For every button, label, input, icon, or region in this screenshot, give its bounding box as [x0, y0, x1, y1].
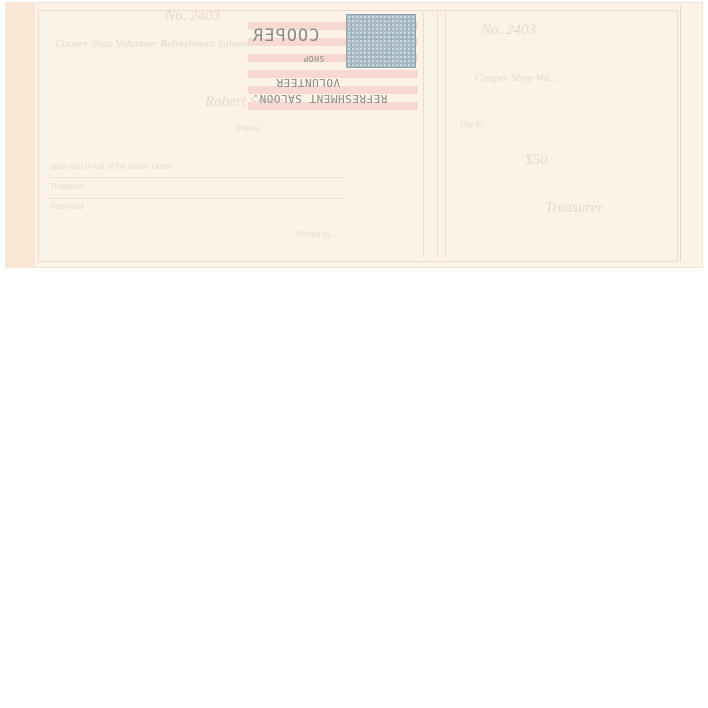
payee-left: Cooper Shop Volunteer Refreshment Saloon [55, 38, 248, 50]
fine-print-2: Treasurer [50, 182, 84, 191]
stamp-volunteer: VOLUNTEER [276, 76, 340, 89]
rule-line [45, 177, 345, 178]
fine-print: upon and in full of the within Order [50, 162, 172, 171]
scan-canvas: No. 2403 Cooper Shop Volunteer Refreshme… [0, 0, 708, 708]
fine-print-3: Received [50, 202, 83, 211]
stamp-refreshment-saloon: REFRESHMENT SALOON. [252, 92, 387, 105]
dollars-label: Dollars [235, 124, 260, 133]
payee-right: Cooper Shop Vol... [475, 72, 558, 84]
pay-to-label: Pay to [460, 120, 483, 129]
printer-imprint: Printed by... [295, 230, 337, 239]
rule-line [45, 198, 345, 199]
stamp-cooper: COOPER [252, 26, 319, 46]
flag-canton [346, 14, 416, 68]
amount-right: $50 [525, 152, 548, 169]
paper-margin-strip [5, 2, 35, 268]
stub-divider [437, 12, 438, 258]
cooper-shop-flag-stamp: COOPER SHOP VOLUNTEER REFRESHMENT SALOON… [248, 12, 418, 112]
check-number-right: No. 2403 [481, 22, 536, 39]
stamp-shop: SHOP [303, 54, 324, 63]
stub-divider [445, 12, 446, 258]
check-number-left: No. 2403 [165, 8, 220, 25]
stub-divider [423, 12, 424, 258]
signature-right: Treasurer [545, 200, 603, 217]
paper-right-edge [680, 6, 681, 262]
